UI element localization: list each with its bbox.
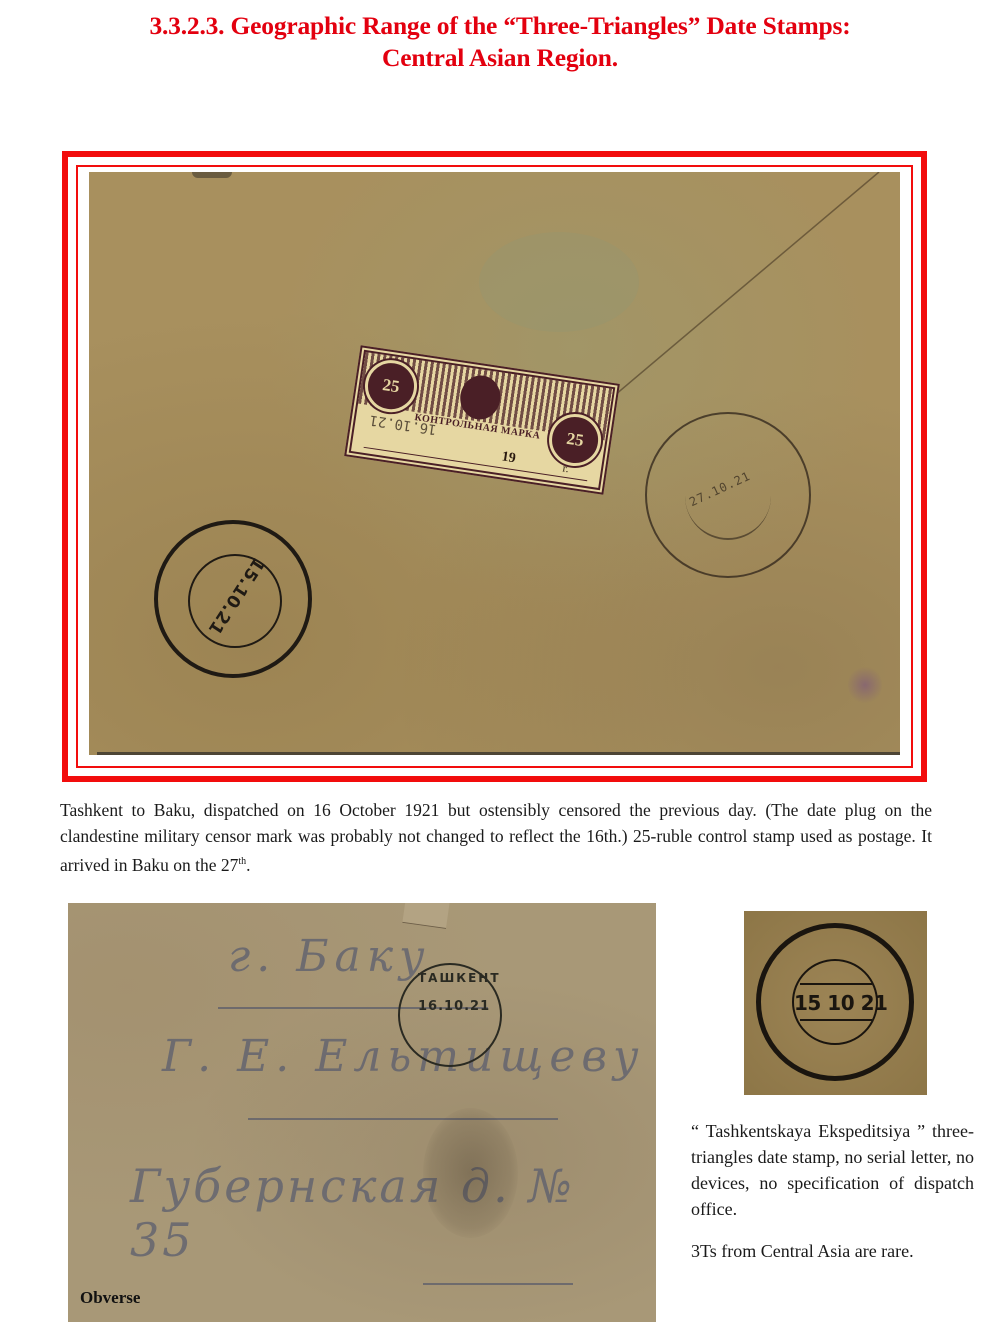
detail-stamp-date: 15 10 21 bbox=[794, 991, 887, 1015]
page-title-line1: 3.3.2.3. Geographic Range of the “Three-… bbox=[0, 10, 1000, 42]
ink-stain bbox=[848, 665, 882, 705]
obverse-cover-image: г. Баку Г. Е. Ельтищеву Губернская д. № … bbox=[68, 903, 656, 1322]
stamp-year-field: 19 bbox=[501, 449, 517, 467]
postmark-date: 16.10.21 bbox=[418, 999, 490, 1014]
page-title-line2: Central Asian Region. bbox=[0, 42, 1000, 74]
obverse-label: Obverse bbox=[80, 1288, 140, 1308]
torn-flap bbox=[402, 903, 449, 929]
baku-arrival-postmark: 27.10.21 bbox=[645, 412, 811, 578]
tashkent-dispatch-postmark: ТАШКЕНТ 16.10.21 bbox=[398, 963, 502, 1067]
date-stamp-detail-image: 15 10 21 bbox=[744, 911, 927, 1095]
reverse-cover-image: 25 25 КОНТРОЛЬНАЯ МАРКА 16.10.21 19 г. 2… bbox=[89, 172, 900, 755]
handwritten-address-line3: Губернская д. № 35 bbox=[130, 1159, 656, 1267]
handwritten-address-line1: г. Баку bbox=[228, 931, 431, 982]
main-caption: Tashkent to Baku, dispatched on 16 Octob… bbox=[60, 797, 932, 878]
tashkent-three-triangles-postmark: 15.10.21 bbox=[154, 520, 312, 678]
postmark-town: ТАШКЕНТ bbox=[418, 971, 501, 985]
rarity-note: 3Ts from Central Asia are rare. bbox=[691, 1238, 974, 1264]
page-title: 3.3.2.3. Geographic Range of the “Three-… bbox=[0, 10, 1000, 74]
stamp-year-suffix: г. bbox=[562, 463, 570, 476]
smudged-postmark bbox=[423, 1108, 518, 1238]
detail-caption: “ Tashkentskaya Ekspeditsiya ” three-tri… bbox=[691, 1118, 974, 1222]
